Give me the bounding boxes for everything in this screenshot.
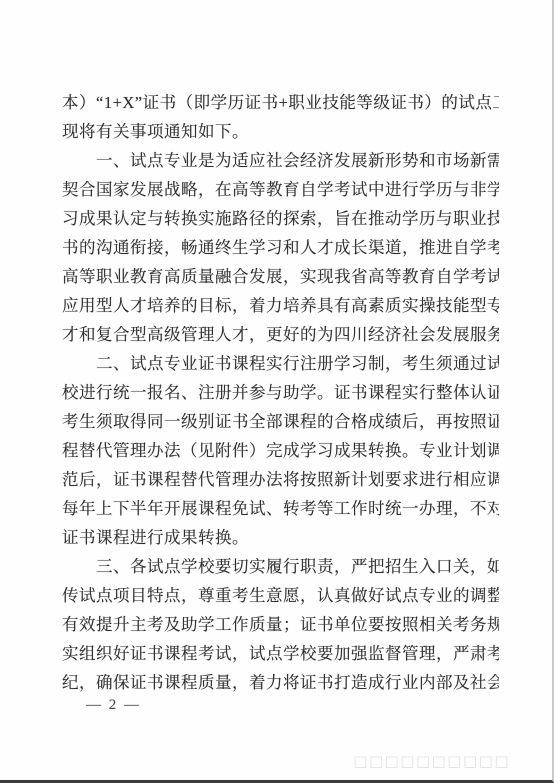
text-line: 考生须取得同一级别证书全部课程的合格成绩后，再按照证书课 (62, 407, 499, 436)
scanned-document-page: 本）“1+X”证书（即学历证书+职业技能等级证书）的试点工作，现将有关事项通知如… (0, 0, 554, 783)
text-line: 习成果认定与转换实施路径的探索，旨在推动学历与职业技能证 (62, 204, 499, 233)
text-line: 二、试点专业证书课程实行注册学习制，考生须通过试点学 (62, 349, 499, 378)
text-line: 范后，证书课程替代管理办法将按照新计划要求进行相应调整。 (62, 465, 499, 494)
page-number: — 2 — (86, 697, 141, 714)
text-line: 证书课程进行成果转换。 (62, 523, 499, 552)
document-body: 本）“1+X”证书（即学历证书+职业技能等级证书）的试点工作，现将有关事项通知如… (62, 88, 499, 697)
text-line: 纪，确保证书课程质量，着力将证书打造成行业内部及社会广泛 (62, 668, 499, 697)
watermark-placeholder-glyphs: □□□□□□□□□□ (353, 752, 510, 770)
text-line: 校进行统一报名、注册并参与助学。证书课程实行整体认证制， (62, 378, 499, 407)
text-line: 程替代管理办法（见附件）完成学习成果转换。专业计划调整规 (62, 436, 499, 465)
text-line: 书的沟通衔接，畅通终生学习和人才成长渠道，推进自学考试与 (62, 233, 499, 262)
text-line: 实组织好证书课程考试，试点学校要加强监督管理，严肃考风考 (62, 639, 499, 668)
text-line: 本）“1+X”证书（即学历证书+职业技能等级证书）的试点工作， (62, 88, 499, 117)
text-line: 传试点项目特点，尊重考生意愿，认真做好试点专业的调整维护， (62, 581, 499, 610)
text-line: 应用型人才培养的目标，着力培养具有高素质实操技能型专门人 (62, 291, 499, 320)
text-line: 一、试点专业是为适应社会经济发展新形势和市场新需求， (62, 146, 499, 175)
text-line: 高等职业教育高质量融合发展，实现我省高等教育自学考试面向 (62, 262, 499, 291)
text-line: 有效提升主考及助学工作质量；证书单位要按照相关考务规定切 (62, 610, 499, 639)
text-line: 现将有关事项通知如下。 (62, 117, 499, 146)
text-line: 才和复合型高级管理人才，更好的为四川经济社会发展服务。 (62, 320, 499, 349)
text-line: 每年上下半年开展课程免试、转考等工作时统一办理，不对单独 (62, 494, 499, 523)
text-line: 契合国家发展战略，在高等教育自学考试中进行学历与非学历学 (62, 175, 499, 204)
text-line: 三、各试点学校要切实履行职责，严把招生入口关，如实宣 (62, 552, 499, 581)
